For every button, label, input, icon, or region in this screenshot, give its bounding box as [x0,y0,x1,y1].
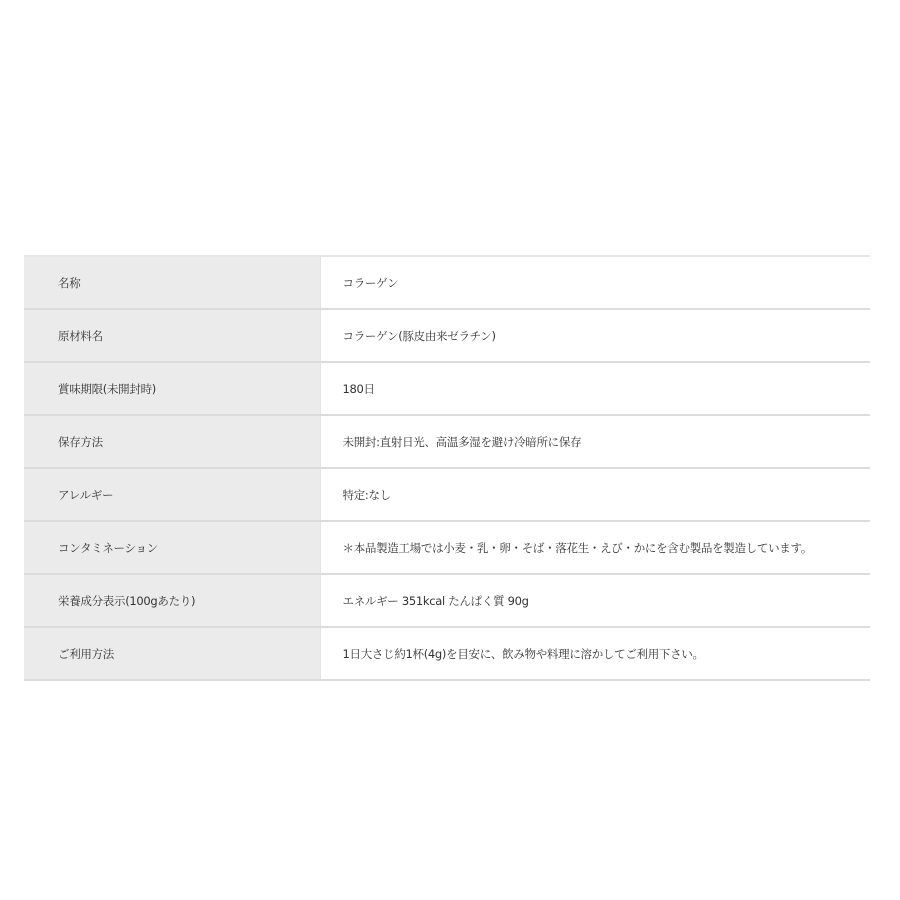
table-row-usage: ご利用方法 1日大さじ約1杯(4g)を目安に、飲み物や料理に溶かしてご利用下さい… [24,627,870,680]
row-value: コラーゲン [320,256,870,309]
table-row-storage: 保存方法 未開封:直射日光、高温多湿を避け冷暗所に保存 [24,415,870,468]
table-row-nutrition: 栄養成分表示(100gあたり) エネルギー 351kcal たんぱく質 90g [24,574,870,627]
table-row-ingredients: 原材料名 コラーゲン(豚皮由来ゼラチン) [24,309,870,362]
row-value: 180日 [320,362,870,415]
row-label: コンタミネーション [24,521,320,574]
table-row-expiry: 賞味期限(未開封時) 180日 [24,362,870,415]
row-value: エネルギー 351kcal たんぱく質 90g [320,574,870,627]
row-label: アレルギー [24,468,320,521]
row-label: 保存方法 [24,415,320,468]
product-spec-table: 名称 コラーゲン 原材料名 コラーゲン(豚皮由来ゼラチン) 賞味期限(未開封時)… [24,255,870,681]
row-value: コラーゲン(豚皮由来ゼラチン) [320,309,870,362]
row-label: 原材料名 [24,309,320,362]
row-value: ＊本品製造工場では小麦・乳・卵・そば・落花生・えび・かにを含む製品を製造していま… [320,521,870,574]
table-row-allergy: アレルギー 特定:なし [24,468,870,521]
row-value: 1日大さじ約1杯(4g)を目安に、飲み物や料理に溶かしてご利用下さい。 [320,627,870,680]
row-value: 特定:なし [320,468,870,521]
row-label: 名称 [24,256,320,309]
row-value: 未開封:直射日光、高温多湿を避け冷暗所に保存 [320,415,870,468]
table-row-name: 名称 コラーゲン [24,256,870,309]
table-row-contamination: コンタミネーション ＊本品製造工場では小麦・乳・卵・そば・落花生・えび・かにを含… [24,521,870,574]
row-label: 栄養成分表示(100gあたり) [24,574,320,627]
row-label: ご利用方法 [24,627,320,680]
row-label: 賞味期限(未開封時) [24,362,320,415]
